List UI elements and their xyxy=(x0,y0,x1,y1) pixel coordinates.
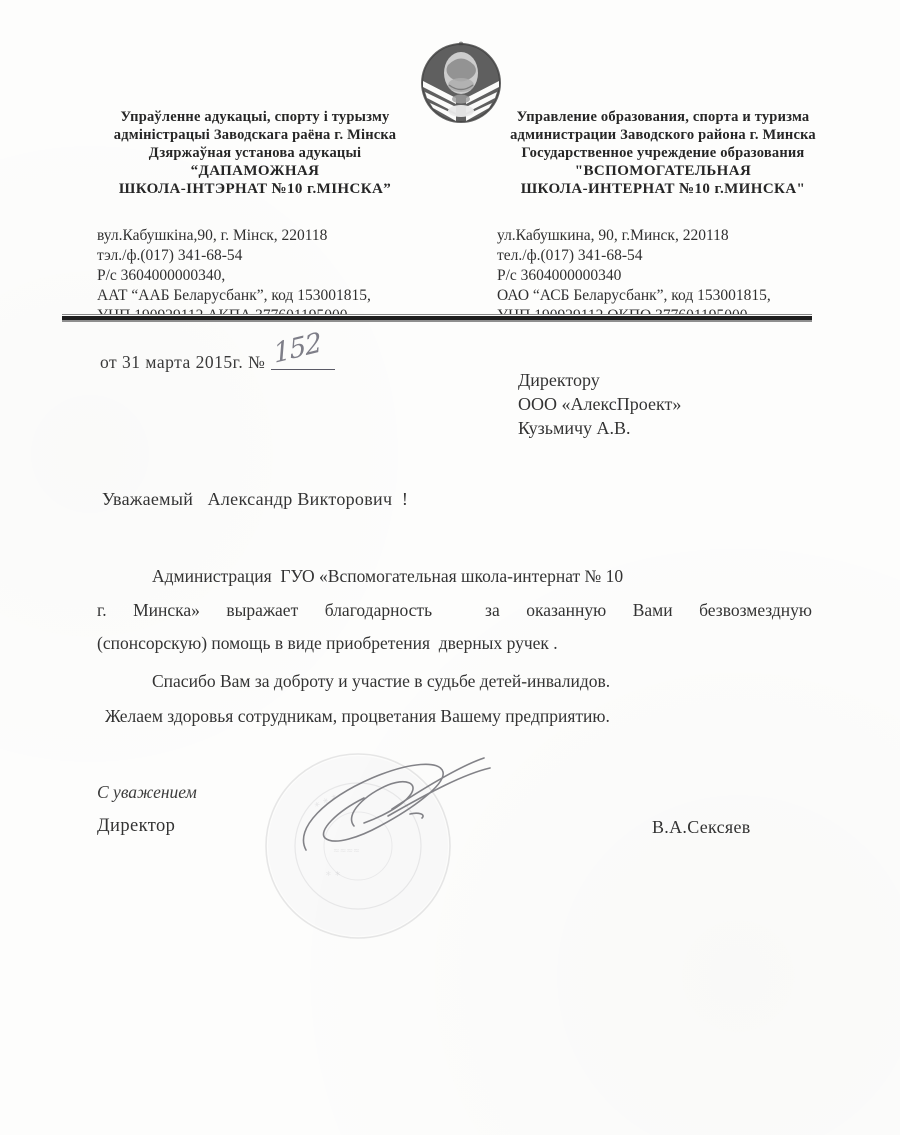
reference-prefix: от 31 марта 2015г. № xyxy=(100,352,265,372)
requisites-by-address: вул.Кабушкіна,90, г. Мінск, 220118 xyxy=(97,226,487,246)
recipient-company: ООО «АлексПроект» xyxy=(518,392,681,416)
letterhead-by-line2: адміністрацыі Заводскага раёна г. Мінска xyxy=(70,126,440,144)
reference-line: от 31 марта 2015г. №152 xyxy=(100,347,335,373)
signoff-closing: С уважением xyxy=(97,782,197,803)
letterhead-by-line5: ШКОЛА-ІНТЭРНАТ №10 г.МІНСКА” xyxy=(70,180,440,198)
body-line-5: Желаем здоровья сотрудникам, процветания… xyxy=(105,706,610,727)
signature-graphic xyxy=(292,752,502,872)
signoff-name: В.А.Сексяев xyxy=(652,817,751,838)
letterhead-russian: Управление образования, спорта и туризма… xyxy=(478,108,848,198)
reference-number-line: 152 xyxy=(271,349,335,370)
letterhead-ru-line5: ШКОЛА-ИНТЕРНАТ №10 г.МИНСКА" xyxy=(478,180,848,198)
body-line-2: г. Минска» выражает благодарность за ока… xyxy=(97,600,812,621)
requisites-ru-address: ул.Кабушкина, 90, г.Минск, 220118 xyxy=(497,226,887,246)
body-line-4: Спасибо Вам за доброту и участие в судьб… xyxy=(152,671,610,692)
letterhead-belarusian: Упраўленне адукацыі, спорту і турызму ад… xyxy=(70,108,440,198)
signoff-title: Директор xyxy=(97,816,175,837)
letterhead-ru-line2: администрации Заводского района г. Минск… xyxy=(478,126,848,144)
requisites-by-account: Р/с 3604000000340, xyxy=(97,266,487,286)
recipient-block: Директору ООО «АлексПроект» Кузьмичу А.В… xyxy=(518,368,681,440)
requisites-belarusian: вул.Кабушкіна,90, г. Мінск, 220118 тэл./… xyxy=(97,226,487,326)
recipient-person: Кузьмичу А.В. xyxy=(518,416,681,440)
body-line-3: (спонсорскую) помощь в виде приобретения… xyxy=(97,633,558,654)
requisites-by-phone: тэл./ф.(017) 341-68-54 xyxy=(97,246,487,266)
salutation: Уважаемый Александр Викторович ! xyxy=(102,488,408,511)
requisites-ru-account: Р/с 3604000000340 xyxy=(497,266,887,286)
letterhead-separator-rule xyxy=(62,314,812,322)
handwritten-signature xyxy=(292,752,502,872)
requisites-ru-bank: ОАО “АСБ Беларусбанк”, код 153001815, xyxy=(497,286,887,306)
recipient-position: Директору xyxy=(518,368,681,392)
requisites-ru-phone: тел./ф.(017) 341-68-54 xyxy=(497,246,887,266)
requisites-russian: ул.Кабушкина, 90, г.Минск, 220118 тел./ф… xyxy=(497,226,887,326)
letterhead-ru-line3: Государственное учреждение образования xyxy=(478,144,848,162)
letter-body: Администрация ГУО «Вспомогательная школа… xyxy=(97,566,817,746)
letterhead-by-line1: Упраўленне адукацыі, спорту і турызму xyxy=(70,108,440,126)
body-line-1: Администрация ГУО «Вспомогательная школа… xyxy=(152,566,623,587)
letterhead-ru-line1: Управление образования, спорта и туризма xyxy=(478,108,848,126)
letterhead-by-line4: “ДАПАМОЖНАЯ xyxy=(70,162,440,180)
letterhead-ru-line4: "ВСПОМОГАТЕЛЬНАЯ xyxy=(478,162,848,180)
scanned-letter-page: Упраўленне адукацыі, спорту і турызму ад… xyxy=(0,0,900,1135)
handwritten-number: 152 xyxy=(272,327,322,370)
requisites-by-bank: ААТ “ААБ Беларусбанк”, код 153001815, xyxy=(97,286,487,306)
letterhead-by-line3: Дзяржаўная установа адукацыі xyxy=(70,144,440,162)
